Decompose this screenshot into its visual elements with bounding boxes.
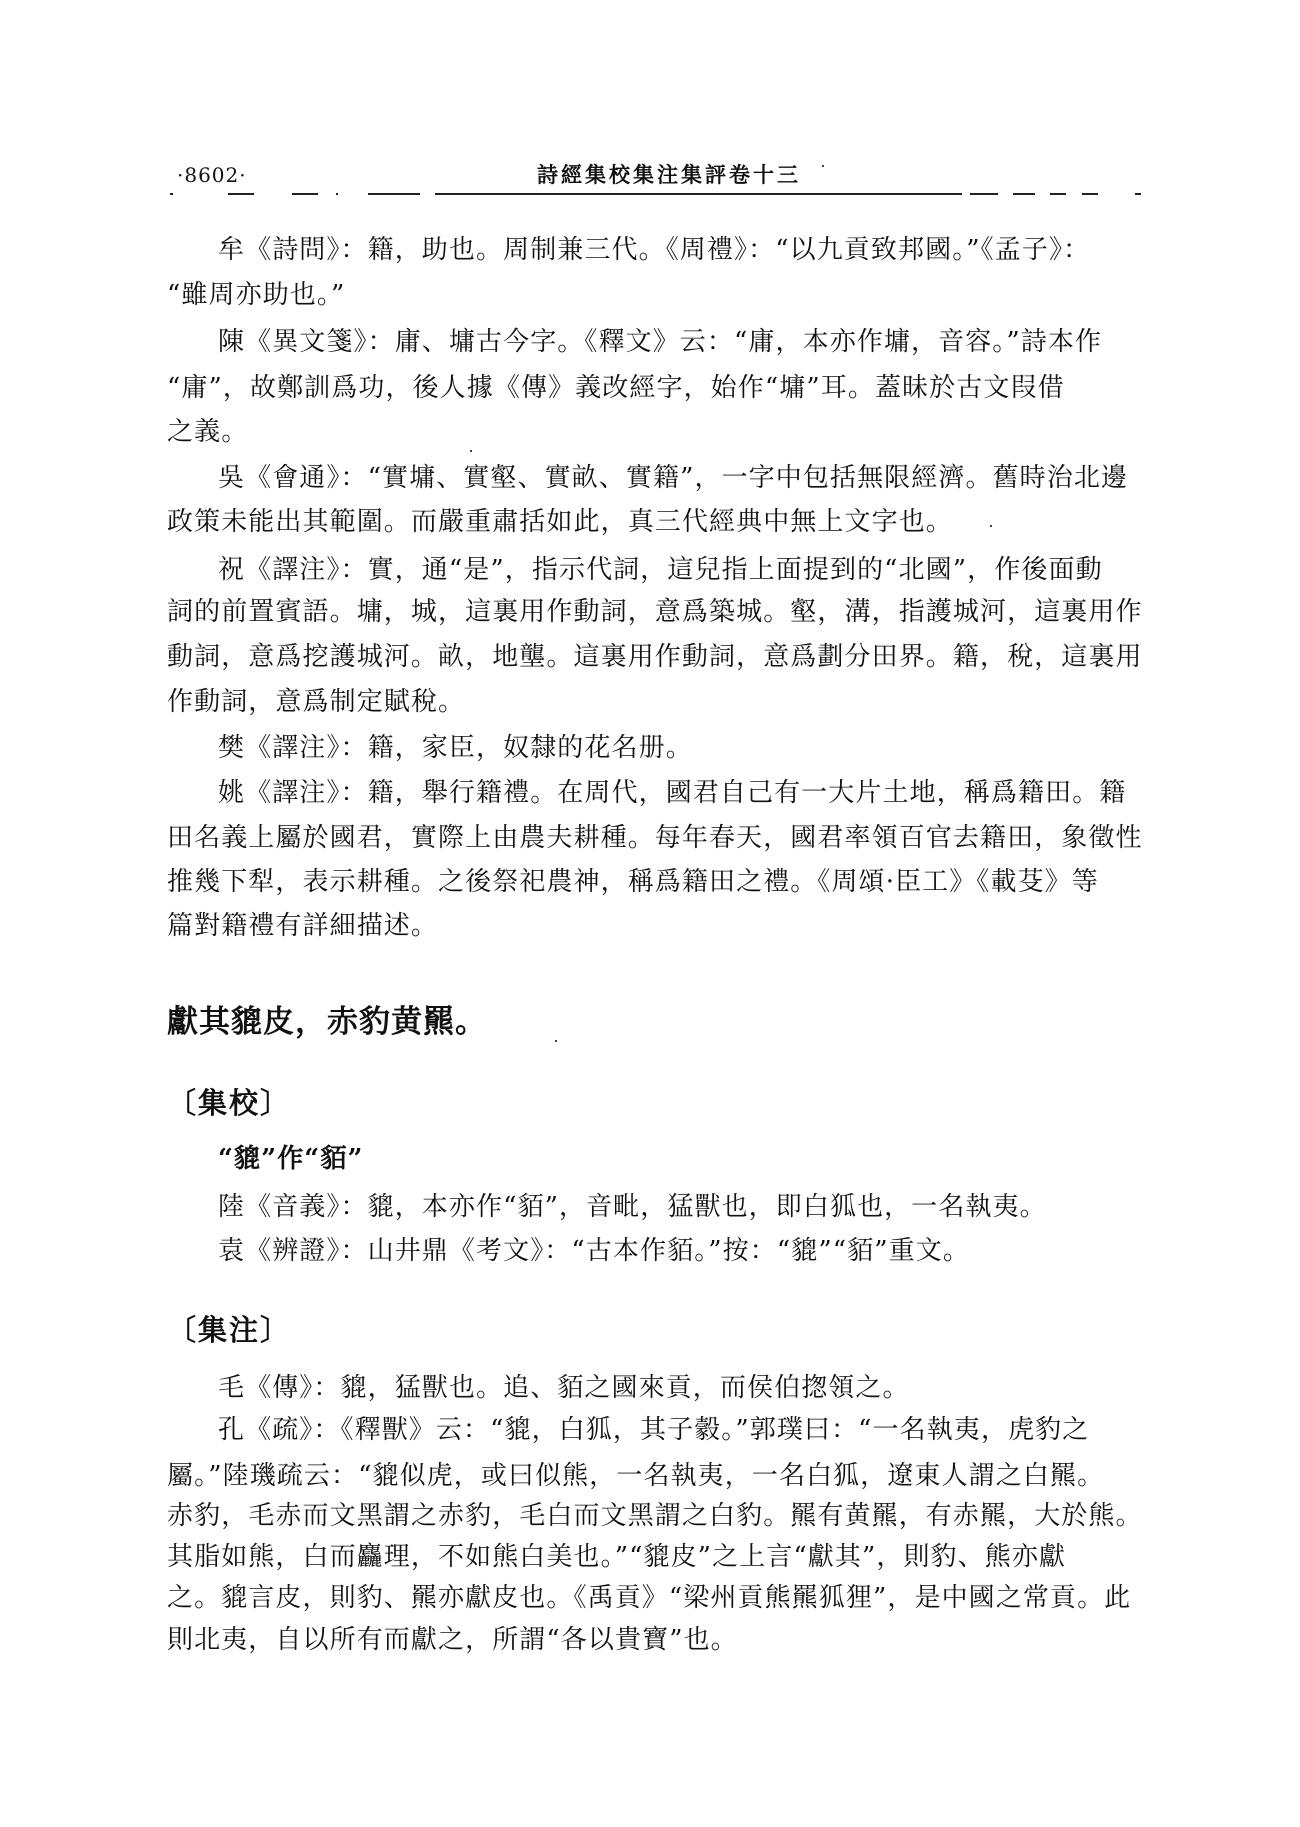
text-line: 牟《詩問》：籍，助也。周制兼三代。《周禮》：“以九貢致邦國。”《孟子》：	[218, 230, 1090, 270]
variant-heading: “貔”作“貊”	[218, 1139, 364, 1179]
text-line: 孔《疏》：《釋獸》云：“貔，白狐，其子豰。”郭璞曰：“一名執夷，虎豹之	[218, 1410, 1089, 1450]
text-line: 屬。”陸璣疏云：“貔似虎，或曰似熊，一名執夷，一名白狐，遼東人謂之白羆。	[167, 1456, 1104, 1496]
scan-speck	[990, 525, 992, 527]
text-line: 詞的前置賓語。墉，城，這裏用作動詞，意爲築城。壑，溝，指護城河，這裏用作	[167, 592, 1143, 632]
text-line: 篇對籍禮有詳細描述。	[167, 906, 438, 946]
text-line: 之。貔言皮，則豹、羆亦獻皮也。《禹貢》“梁州貢熊羆狐狸”，是中國之常貢。此	[167, 1578, 1131, 1618]
text-line: 作動詞，意爲制定賦稅。	[167, 682, 465, 722]
header-rule	[170, 193, 1140, 195]
text-line: 陳《異文箋》：庸、墉古今字。《釋文》云：“庸，本亦作墉，音容。”詩本作	[218, 322, 1102, 362]
text-line: 動詞，意爲挖護城河。畝，地壟。這裏用作動詞，意爲劃分田界。籍，稅，這裏用	[167, 637, 1143, 677]
text-line: “庸”，故鄭訓爲功，後人據《傳》義改經字，始作“墉”耳。蓋昧於古文叚借	[167, 368, 1065, 408]
running-title: 詩經集校集注集評卷十三	[537, 160, 801, 190]
text-line: 吳《會通》：“實墉、實壑、實畝、實籍”，一字中包括無限經濟。舊時治北邊	[218, 458, 1128, 498]
text-line: 陸《音義》：貔，本亦作“貊”，音毗，猛獸也，即白狐也，一名執夷。	[218, 1187, 1047, 1227]
text-line: 其脂如熊，白而麤理，不如熊白美也。”“貔皮”之上言“獻其”，則豹、熊亦獻	[167, 1537, 1066, 1577]
text-line: “雖周亦助也。”	[167, 275, 345, 315]
text-line: 姚《譯注》：籍，舉行籍禮。在周代，國君自己有一大片土地，稱爲籍田。籍	[218, 773, 1126, 813]
text-line: 袁《辨證》：山井鼎《考文》：“古本作貊。”按：“貔”“貊”重文。	[218, 1231, 970, 1271]
text-line: 推幾下犁，表示耕種。之後祭祀農神，稱爲籍田之禮。《周頌·臣工》《載芟》等	[167, 862, 1099, 902]
scan-speck	[470, 450, 472, 452]
text-line: 則北夷，自以所有而獻之，所謂“各以貴寶”也。	[167, 1620, 738, 1660]
scan-speck	[822, 165, 824, 167]
text-line: 樊《譯注》：籍，家臣，奴隸的花名册。	[218, 728, 693, 768]
verse-heading: 獻其貔皮，赤豹黄羆。	[167, 1000, 487, 1044]
text-line: 政策未能出其範圍。而嚴重肅括如此，真三代經典中無上文字也。	[167, 502, 953, 542]
section-heading-jizhu: 〔集注〕	[167, 1309, 291, 1351]
section-heading-jijiao: 〔集校〕	[167, 1082, 291, 1124]
text-line: 之義。	[167, 412, 248, 452]
running-header: ·8602· 詩經集校集注集評卷十三	[167, 160, 1135, 190]
text-line: 祝《譯注》：實，通“是”，指示代詞，這兒指上面提到的“北國”，作後面動	[218, 550, 1103, 590]
text-line: 田名義上屬於國君，實際上由農夫耕種。每年春天，國君率領百官去籍田，象徵性	[167, 818, 1143, 858]
scan-speck	[555, 1040, 557, 1042]
text-line: 赤豹，毛赤而文黑謂之赤豹，毛白而文黑謂之白豹。羆有黄羆，有赤羆，大於熊。	[167, 1496, 1143, 1536]
page-number: ·8602·	[177, 160, 247, 190]
text-line: 毛《傳》：貔，猛獸也。追、貊之國來貢，而侯伯揔領之。	[218, 1368, 910, 1408]
